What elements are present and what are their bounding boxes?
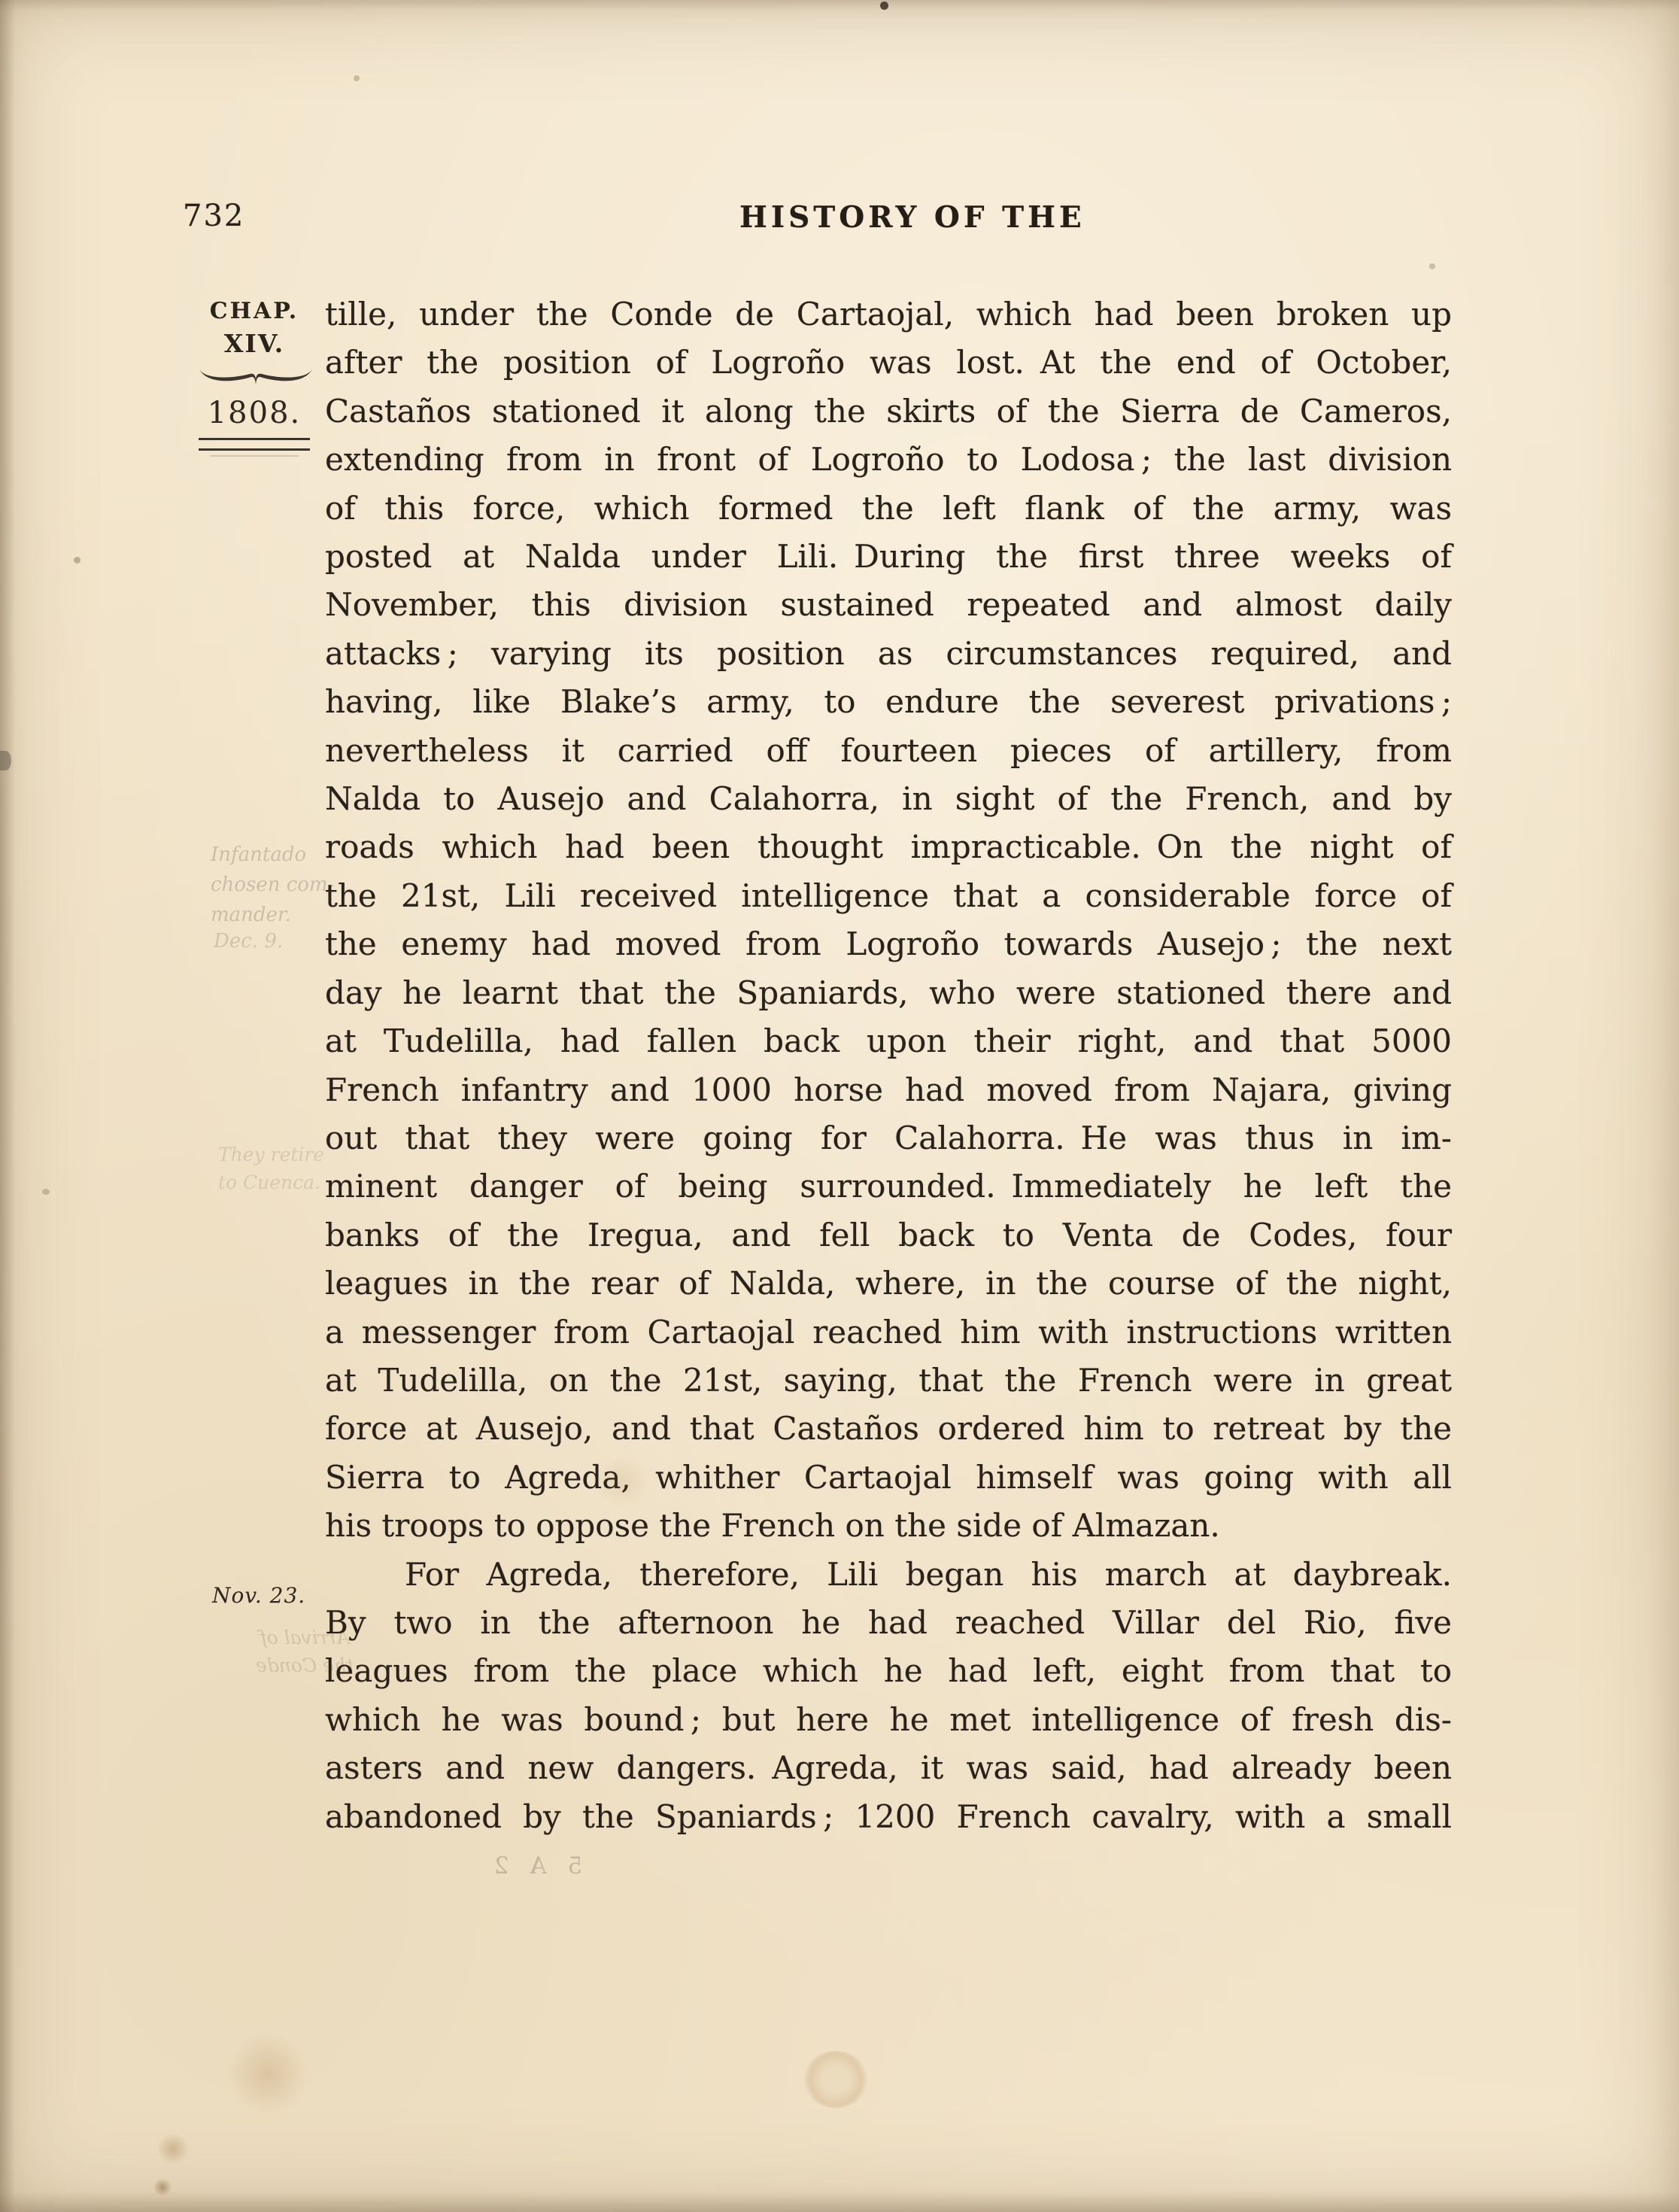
- text-line: at Tudelilla, had fallen back upon their…: [325, 1017, 1452, 1065]
- text-line: nevertheless it carried off fourteen pie…: [325, 727, 1452, 775]
- ghost-note-line: Infantado: [211, 840, 334, 870]
- text-line: asters and new dangers. Agreda, it was s…: [325, 1744, 1452, 1792]
- page-edge-shadow-left: [0, 0, 15, 2212]
- paper-stain: [223, 2034, 313, 2113]
- text-line: Castaños stationed it along the skirts o…: [325, 387, 1452, 436]
- text-line: extending from in front of Logroño to Lo…: [325, 436, 1452, 484]
- year-sidenote: 1808.: [196, 396, 313, 430]
- text-line: French infantry and 1000 horse had moved…: [325, 1066, 1452, 1114]
- chapter-marginalia: CHAP. XIV. 1808.: [196, 298, 313, 457]
- double-rule: [199, 438, 310, 451]
- body-text: tille, under the Conde de Cartaojal, whi…: [325, 290, 1452, 1841]
- text-line: out that they were going for Calahorra. …: [325, 1114, 1452, 1162]
- ghost-note-line: chosen com-: [211, 870, 334, 900]
- chapter-brace-icon: [196, 364, 316, 390]
- text-line: which he was bound ; but here he met int…: [325, 1696, 1452, 1744]
- paper-stain: [156, 2134, 190, 2164]
- text-line: minent danger of being surrounded. Immed…: [325, 1162, 1452, 1211]
- paper-speck: [1429, 263, 1435, 269]
- text-line: For Agreda, therefore, Lili began his ma…: [325, 1551, 1452, 1599]
- signature-mark-ghost: 5 A 2: [471, 1852, 599, 1879]
- text-line: By two in the afternoon he had reached V…: [325, 1599, 1452, 1647]
- text-line: after the position of Logroño was lost. …: [325, 339, 1452, 387]
- book-page: 732 HISTORY OF THE CHAP. XIV. 1808. Infa…: [0, 0, 1679, 2212]
- paper-stain: [803, 2051, 868, 2108]
- page-edge-shadow-bottom: [0, 2192, 1679, 2212]
- text-line: day he learnt that the Spaniards, who we…: [325, 969, 1452, 1017]
- text-line: having, like Blake’s army, to endure the…: [325, 678, 1452, 726]
- paper-speck: [42, 1189, 50, 1195]
- text-line: his troops to oppose the French on the s…: [325, 1502, 1452, 1550]
- chapter-label: CHAP.: [196, 298, 313, 324]
- text-line: attacks ; varying its position as circum…: [325, 630, 1452, 678]
- text-line: tille, under the Conde de Cartaojal, whi…: [325, 290, 1452, 339]
- text-line: a messenger from Cartaojal reached him w…: [325, 1308, 1452, 1357]
- ghost-note-dec9: Dec. 9.: [214, 930, 283, 953]
- running-header: HISTORY OF THE: [739, 200, 1085, 235]
- ghost-note-cuenca: They retireto Cuenca.: [218, 1141, 324, 1196]
- text-line: Nalda to Ausejo and Calahorra, in sight …: [325, 775, 1452, 823]
- text-line: force at Ausejo, and that Castaños order…: [325, 1405, 1452, 1453]
- text-line: abandoned by the Spaniards ; 1200 French…: [325, 1793, 1452, 1841]
- page-edge-shadow-top: [0, 0, 1679, 11]
- text-line: roads which had been thought impracticab…: [325, 823, 1452, 871]
- paper-speck: [354, 75, 360, 81]
- text-line: banks of the Iregua, and fell back to Ve…: [325, 1211, 1452, 1259]
- text-line: of this force, which formed the left fla…: [325, 485, 1452, 533]
- ghost-note-line: to Cuenca.: [218, 1168, 324, 1196]
- text-line: the 21st, Lili received intelligence tha…: [325, 872, 1452, 920]
- text-line: leagues from the place which he had left…: [325, 1647, 1452, 1695]
- text-line: the enemy had moved from Logroño towards…: [325, 920, 1452, 968]
- chapter-number: XIV.: [196, 329, 313, 358]
- ghost-rule: [210, 455, 299, 457]
- ghost-note-line: mander.: [211, 900, 334, 930]
- ghost-note-infantado: Infantadochosen com-mander.: [211, 840, 334, 930]
- text-line: leagues in the rear of Nalda, where, in …: [325, 1259, 1452, 1308]
- text-line: Sierra to Agreda, whither Cartaojal hims…: [325, 1454, 1452, 1502]
- ghost-note-line: They retire: [218, 1141, 324, 1168]
- text-line: posted at Nalda under Lili. During the f…: [325, 533, 1452, 581]
- text-line: November, this division sustained repeat…: [325, 581, 1452, 629]
- text-line: at Tudelilla, on the 21st, saying, that …: [325, 1357, 1452, 1405]
- page-number: 732: [183, 199, 244, 233]
- margin-date-note: Nov. 23.: [212, 1583, 305, 1608]
- paper-speck: [74, 557, 80, 564]
